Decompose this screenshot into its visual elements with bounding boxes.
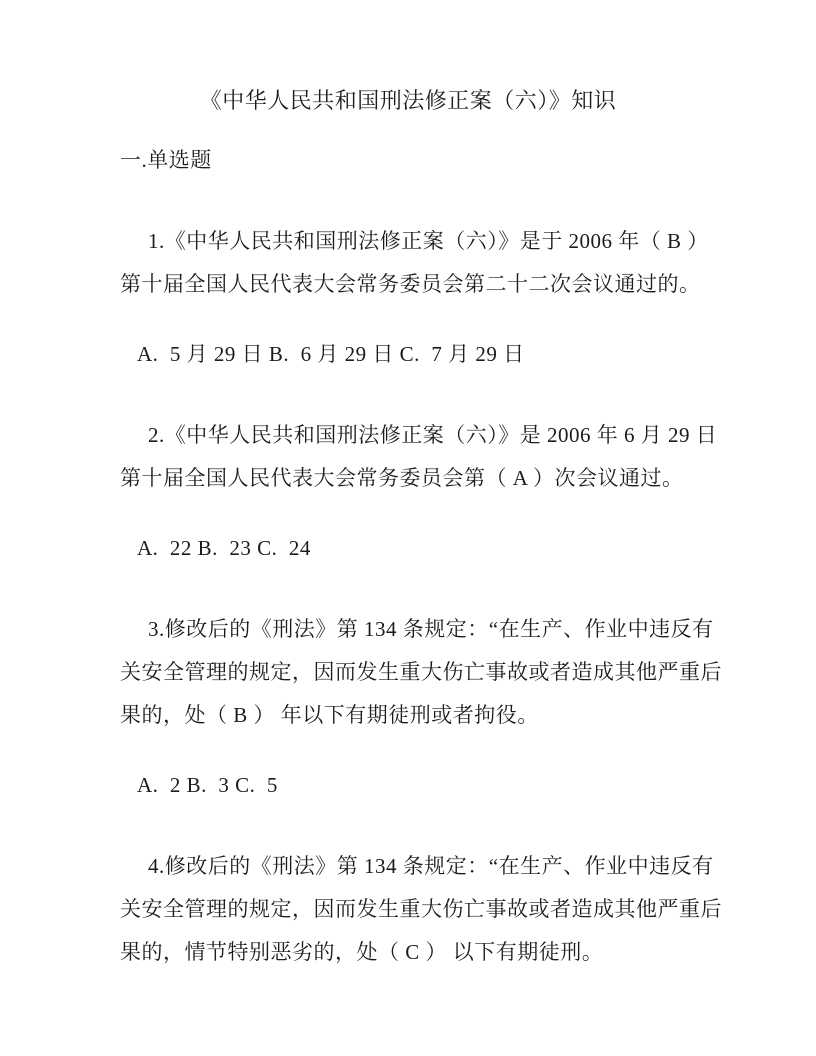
question-2-options: A. 22 B. 23 C. 24 (120, 527, 696, 570)
question-3: 3.修改后的《刑法》第 134 条规定：“在生产、作业中违反有 关安全管理的规定… (120, 608, 696, 737)
question-3-options: A. 2 B. 3 C. 5 (120, 764, 696, 807)
section-heading: 一.单选题 (120, 139, 696, 182)
document-page: 《中华人民共和国刑法修正案（六）》知识 一.单选题 1.《中华人民共和国刑法修正… (0, 0, 816, 1056)
question-1-line-2: 第十届全国人民代表大会常务委员会第二十二次会议通过的。 (120, 263, 696, 306)
question-1-options: A. 5 月 29 日 B. 6 月 29 日 C. 7 月 29 日 (120, 333, 696, 376)
question-1-line-1: 1.《中华人民共和国刑法修正案（六）》是于 2006 年（ B ） (120, 220, 696, 263)
question-2: 2.《中华人民共和国刑法修正案（六）》是 2006 年 6 月 29 日 第十届… (120, 414, 696, 500)
document-title: 《中华人民共和国刑法修正案（六）》知识 (120, 84, 696, 118)
question-3-line-3: 果的，处（ B ） 年以下有期徒刑或者拘役。 (120, 694, 696, 737)
question-4-line-1: 4.修改后的《刑法》第 134 条规定：“在生产、作业中违反有 (120, 845, 696, 888)
question-2-line-1: 2.《中华人民共和国刑法修正案（六）》是 2006 年 6 月 29 日 (120, 414, 696, 457)
question-3-line-2: 关安全管理的规定，因而发生重大伤亡事故或者造成其他严重后 (120, 651, 696, 694)
question-3-line-1: 3.修改后的《刑法》第 134 条规定：“在生产、作业中违反有 (120, 608, 696, 651)
question-4: 4.修改后的《刑法》第 134 条规定：“在生产、作业中违反有 关安全管理的规定… (120, 845, 696, 974)
question-4-line-3: 果的，情节特别恶劣的，处（ C ） 以下有期徒刑。 (120, 931, 696, 974)
question-4-line-2: 关安全管理的规定，因而发生重大伤亡事故或者造成其他严重后 (120, 888, 696, 931)
question-1: 1.《中华人民共和国刑法修正案（六）》是于 2006 年（ B ） 第十届全国人… (120, 220, 696, 306)
question-2-line-2: 第十届全国人民代表大会常务委员会第（ A ）次会议通过。 (120, 457, 696, 500)
page-content: 《中华人民共和国刑法修正案（六）》知识 一.单选题 1.《中华人民共和国刑法修正… (0, 0, 816, 974)
